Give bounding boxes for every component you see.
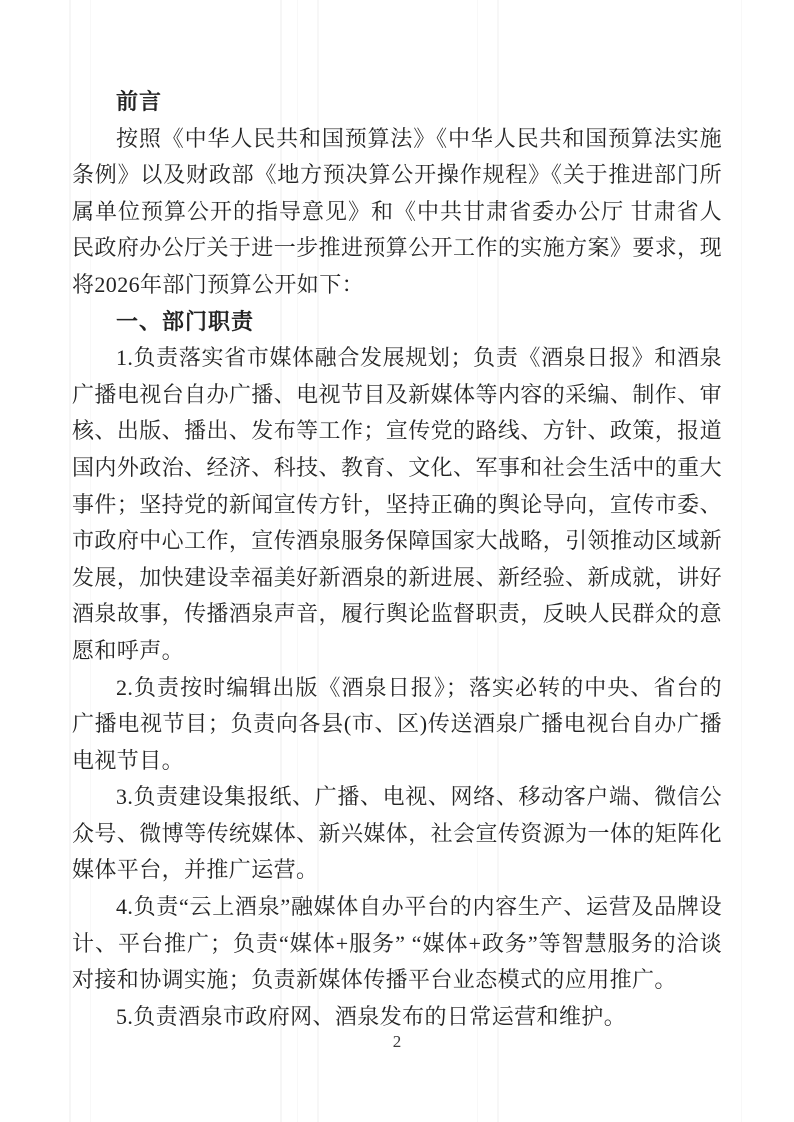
page-number: 2	[393, 1032, 402, 1051]
document-page: 前言 按照《中华人民共和国预算法》《中华人民共和国预算法实施条例》以及财政部《地…	[0, 0, 794, 1122]
page-footer: 2	[0, 1032, 794, 1052]
duty-paragraph-1: 1.负责落实省市媒体融合发展规划；负责《酒泉日报》和酒泉广播电视台自办广播、电视…	[72, 340, 722, 669]
duty-paragraph-2: 2.负责按时编辑出版《酒泉日报》；落实必转的中央、省台的广播电视节目；负责向各县…	[72, 670, 722, 780]
section-heading-department-duties: 一、部门职责	[72, 304, 722, 341]
preface-heading: 前言	[72, 84, 722, 121]
duty-paragraph-4: 4.负责“云上酒泉”融媒体自办平台的内容生产、运营及品牌设计、平台推广；负责“媒…	[72, 889, 722, 999]
intro-paragraph: 按照《中华人民共和国预算法》《中华人民共和国预算法实施条例》以及财政部《地方预决…	[72, 121, 722, 304]
duty-paragraph-5: 5.负责酒泉市政府网、酒泉发布的日常运营和维护。	[72, 999, 722, 1036]
duty-paragraph-3: 3.负责建设集报纸、广播、电视、网络、移动客户端、微信公众号、微博等传统媒体、新…	[72, 779, 722, 889]
document-content: 前言 按照《中华人民共和国预算法》《中华人民共和国预算法实施条例》以及财政部《地…	[72, 84, 722, 1035]
